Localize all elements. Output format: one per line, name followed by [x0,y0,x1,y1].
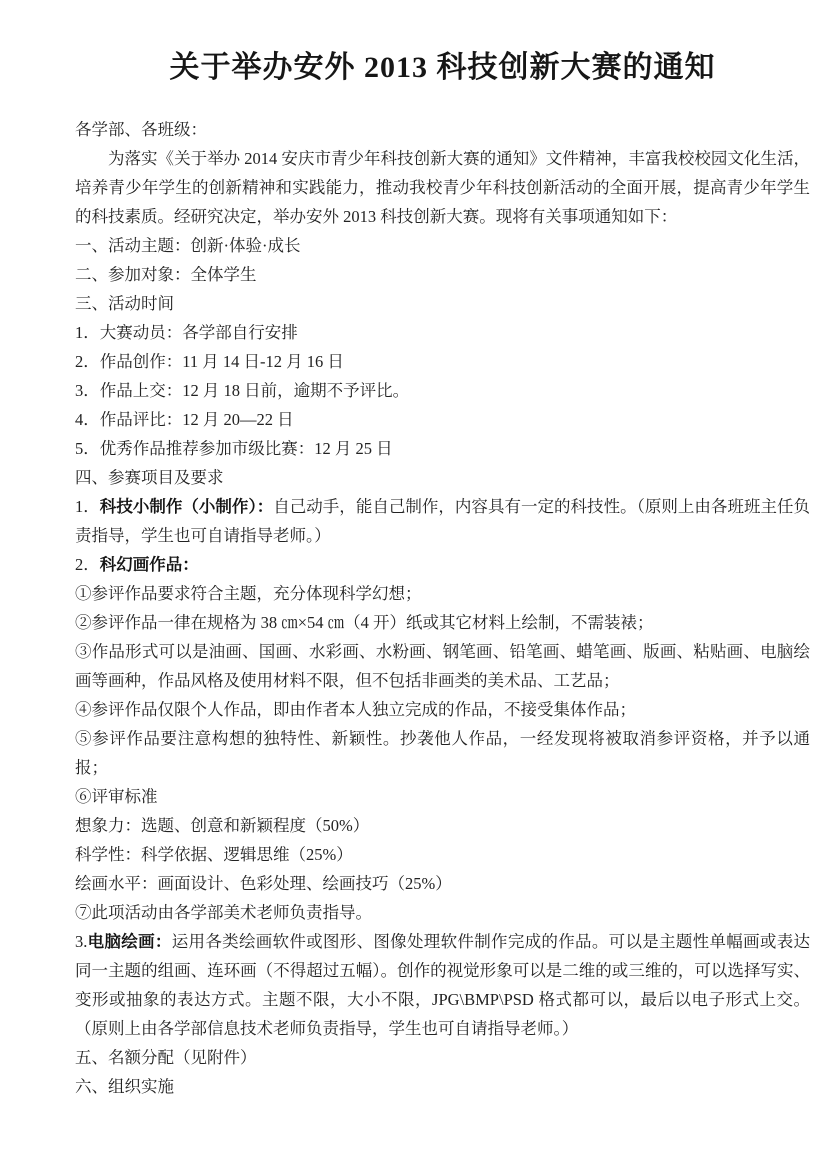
paragraph: 二、参加对象：全体学生 [75,260,810,289]
bold-text-run: 电脑绘画： [87,932,171,951]
paragraph: 4．作品评比：12 月 20—22 日 [75,405,810,434]
paragraph: 一、活动主题：创新·体验·成长 [75,231,810,260]
text-run: 一、活动主题：创新·体验·成长 [75,236,301,255]
paragraph: 五、名额分配（见附件） [75,1043,810,1072]
text-run: ⑥评审标准 [75,787,158,806]
paragraph: ④参评作品仅限个人作品，即由作者本人独立完成的作品，不接受集体作品； [75,695,810,724]
paragraph: 四、参赛项目及要求 [75,463,810,492]
text-run: ②参评作品一律在规格为 38 ㎝×54 ㎝（4 开）纸或其它材料上绘制，不需装裱… [75,613,654,632]
document-page: 关于举办安外 2013 科技创新大赛的通知 各学部、各班级：为落实《关于举办 2… [0,0,837,1170]
paragraph: ②参评作品一律在规格为 38 ㎝×54 ㎝（4 开）纸或其它材料上绘制，不需装裱… [75,608,810,637]
text-run: 科学性：科学依据、逻辑思维（25%） [75,845,353,864]
paragraph: ③作品形式可以是油画、国画、水彩画、水粉画、钢笔画、铅笔画、蜡笔画、版画、粘贴画… [75,637,810,695]
text-run: 想象力：选题、创意和新颖程度（50%） [75,816,369,835]
paragraph: 3．作品上交：12 月 18 日前，逾期不予评比。 [75,376,810,405]
paragraph: 2．作品创作：11 月 14 日-12 月 16 日 [75,347,810,376]
text-run: ①参评作品要求符合主题，充分体现科学幻想； [75,584,422,603]
paragraph: 科学性：科学依据、逻辑思维（25%） [75,840,810,869]
text-run: 五、名额分配（见附件） [75,1048,257,1067]
text-run: 3．作品上交：12 月 18 日前，逾期不予评比。 [75,381,409,400]
paragraph: ⑥评审标准 [75,782,810,811]
paragraph: 1．科技小制作（小制作）：自己动手，能自己制作，内容具有一定的科技性。（原则上由… [75,492,810,550]
paragraph: 为落实《关于举办 2014 安庆市青少年科技创新大赛的通知》文件精神，丰富我校校… [75,144,810,231]
text-run: 为落实《关于举办 2014 安庆市青少年科技创新大赛的通知》文件精神，丰富我校校… [75,149,810,226]
document-title: 关于举办安外 2013 科技创新大赛的通知 [75,48,810,89]
paragraph: 六、组织实施 [75,1072,810,1101]
paragraph: 三、活动时间 [75,289,810,318]
paragraph: 各学部、各班级： [75,115,810,144]
text-run: 二、参加对象：全体学生 [75,265,257,284]
text-run: 2．作品创作：11 月 14 日-12 月 16 日 [75,352,344,371]
paragraph: 2．科幻画作品： [75,550,810,579]
paragraph: 1．大赛动员：各学部自行安排 [75,318,810,347]
paragraph: 想象力：选题、创意和新颖程度（50%） [75,811,810,840]
paragraph: ①参评作品要求符合主题，充分体现科学幻想； [75,579,810,608]
text-run: 4．作品评比：12 月 20—22 日 [75,410,294,429]
text-run: 1．大赛动员：各学部自行安排 [75,323,298,342]
text-run: 5．优秀作品推荐参加市级比赛：12 月 25 日 [75,439,393,458]
paragraph: 3.电脑绘画：运用各类绘画软件或图形、图像处理软件制作完成的作品。可以是主题性单… [75,927,810,1043]
text-run: 3. [75,932,87,951]
paragraph: 绘画水平：画面设计、色彩处理、绘画技巧（25%） [75,869,810,898]
text-run: 1． [75,497,100,516]
text-run: 运用各类绘画软件或图形、图像处理软件制作完成的作品。可以是主题性单幅画或表达同一… [75,932,810,1038]
text-run: ④参评作品仅限个人作品，即由作者本人独立完成的作品，不接受集体作品； [75,700,636,719]
text-run: 三、活动时间 [75,294,174,313]
paragraph: ⑦此项活动由各学部美术老师负责指导。 [75,898,810,927]
bold-text-run: 科幻画作品： [100,555,199,574]
document-body: 各学部、各班级：为落实《关于举办 2014 安庆市青少年科技创新大赛的通知》文件… [75,115,810,1101]
text-run: ⑤参评作品要注意构想的独特性、新颖性。抄袭他人作品，一经发现将被取消参评资格，并… [75,729,810,777]
text-run: 各学部、各班级： [75,120,207,139]
paragraph: ⑤参评作品要注意构想的独特性、新颖性。抄袭他人作品，一经发现将被取消参评资格，并… [75,724,810,782]
text-run: 绘画水平：画面设计、色彩处理、绘画技巧（25%） [75,874,452,893]
text-run: ⑦此项活动由各学部美术老师负责指导。 [75,903,372,922]
text-run: 四、参赛项目及要求 [75,468,224,487]
bold-text-run: 科技小制作（小制作）： [100,497,273,516]
paragraph: 5．优秀作品推荐参加市级比赛：12 月 25 日 [75,434,810,463]
text-run: ③作品形式可以是油画、国画、水彩画、水粉画、钢笔画、铅笔画、蜡笔画、版画、粘贴画… [75,642,810,690]
text-run: 2． [75,555,100,574]
text-run: 六、组织实施 [75,1077,174,1096]
